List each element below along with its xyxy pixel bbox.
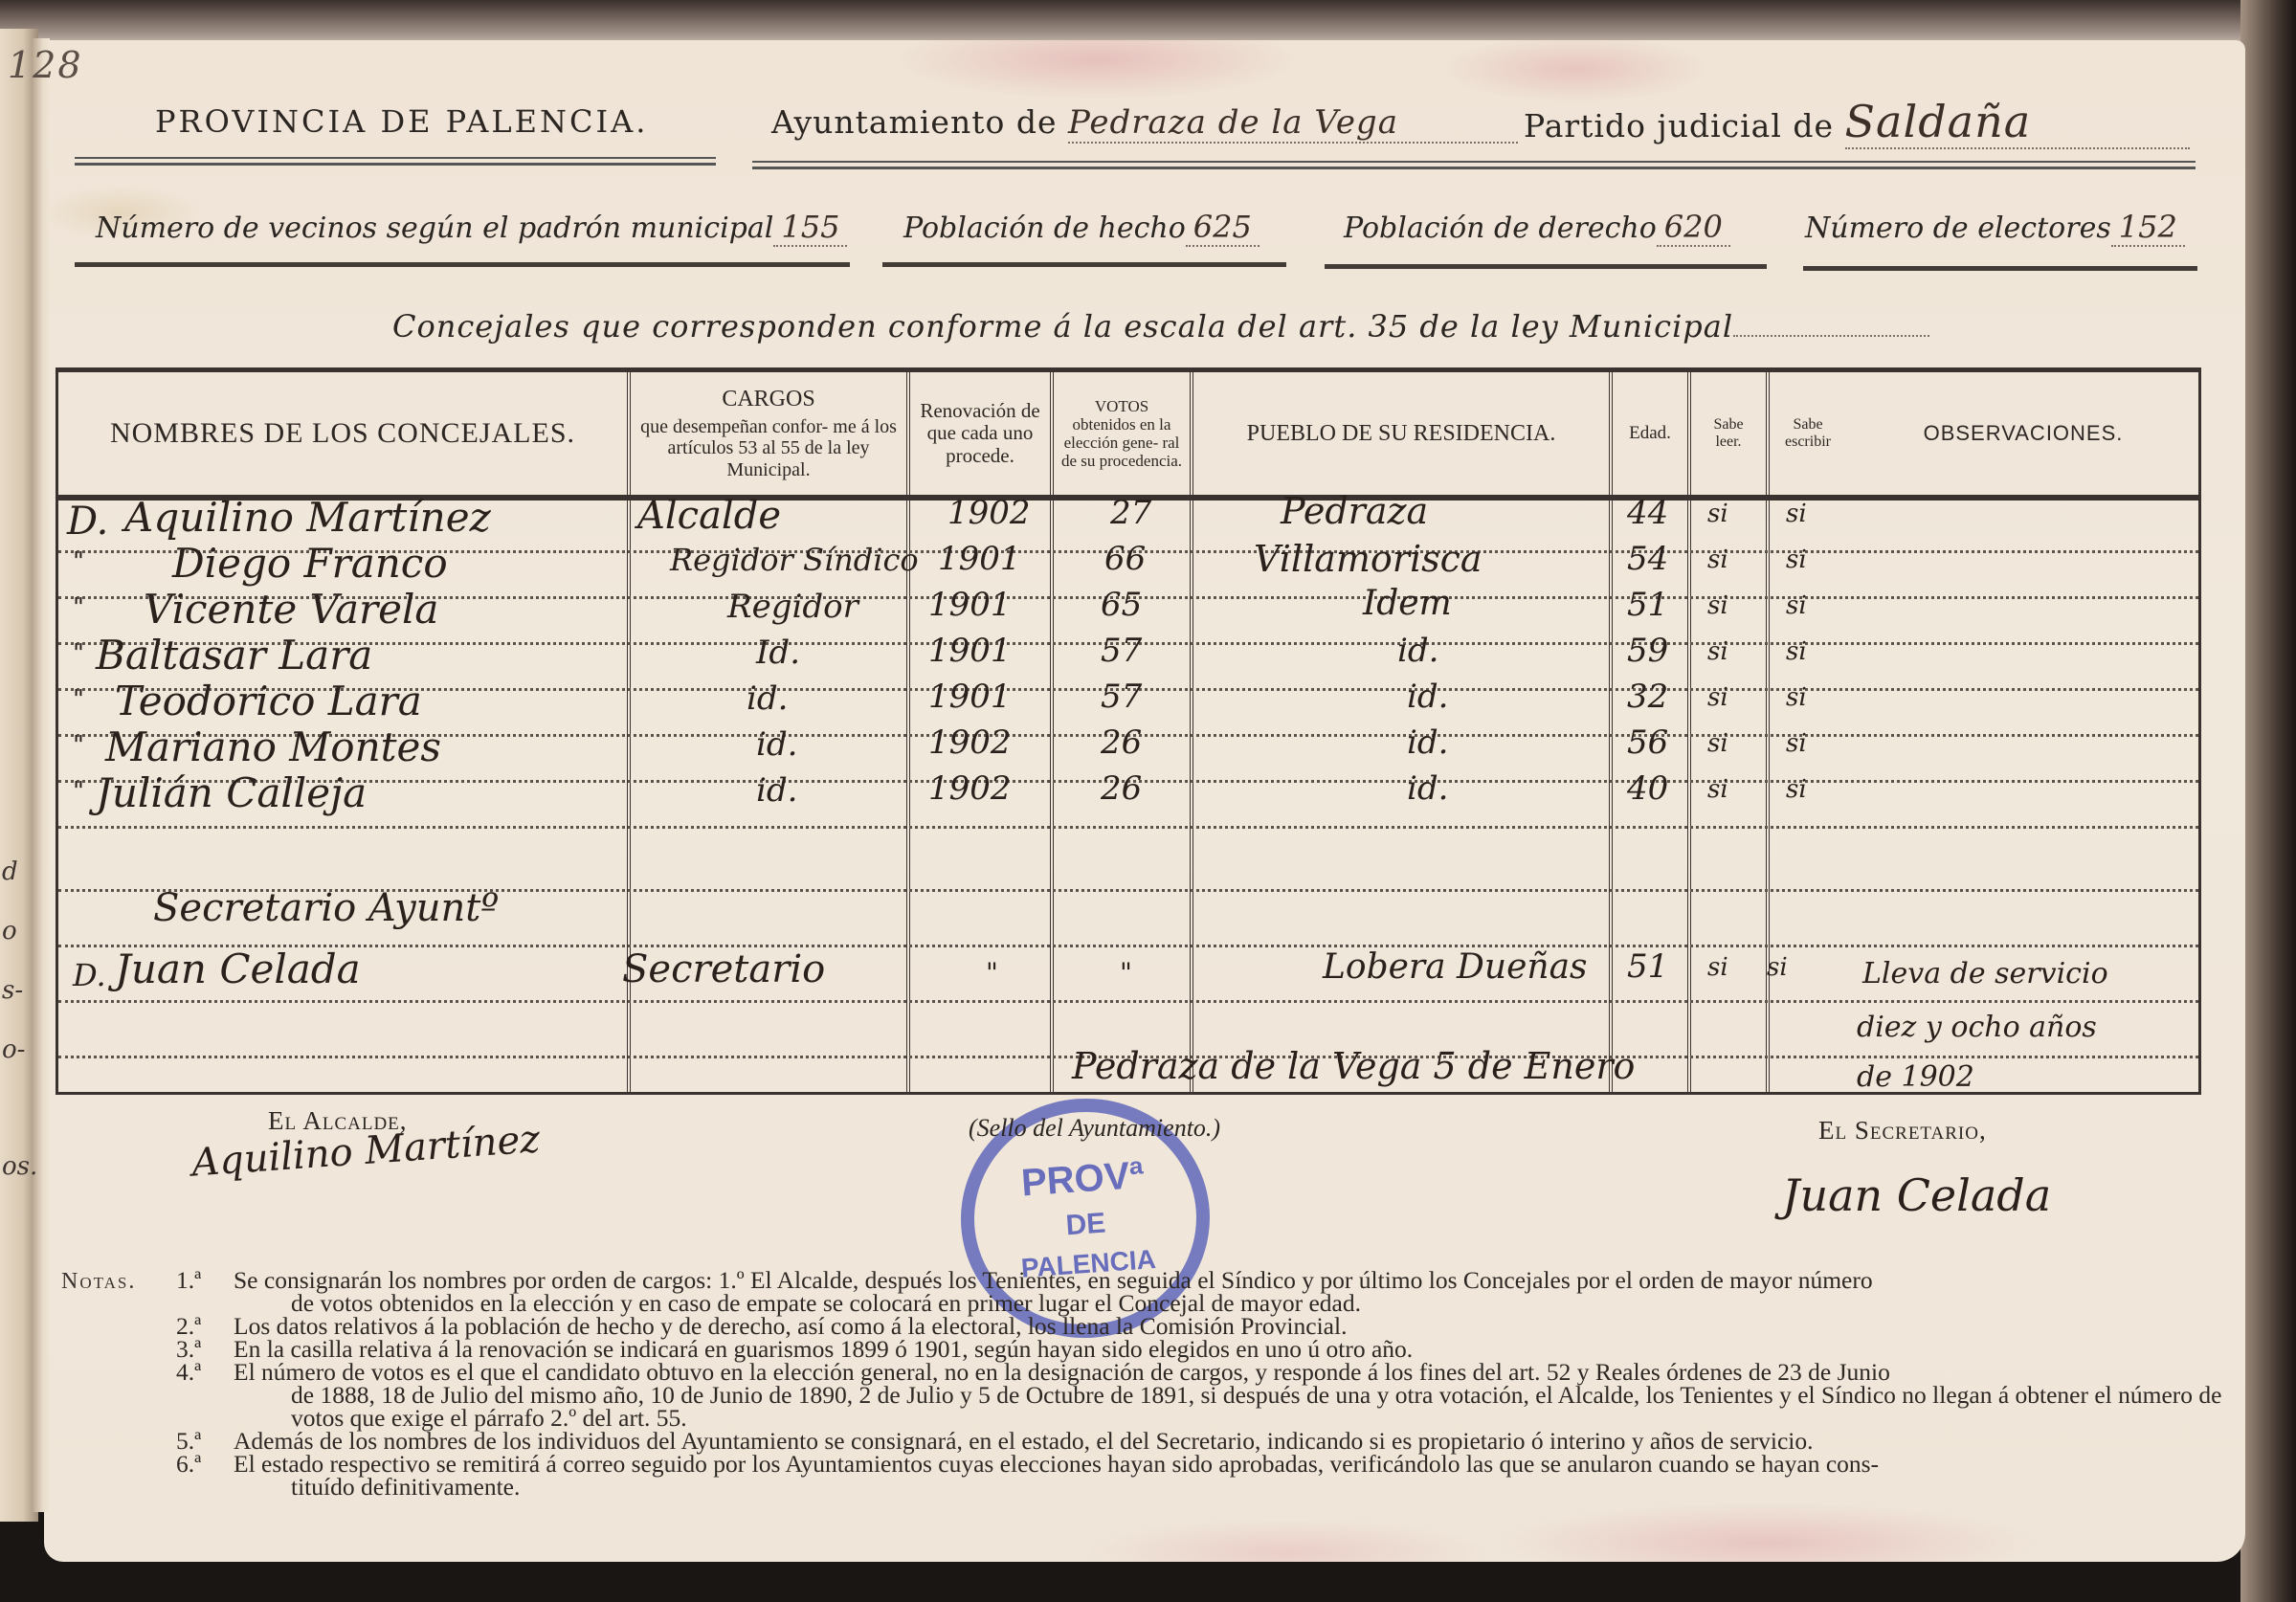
vecinos-field: Número de vecinos según el padrón munici… — [96, 209, 847, 247]
cell-renovacion: 1901 — [928, 678, 1012, 716]
header-renovacion: Renovación de que cada uno procede. — [910, 372, 1050, 495]
cell-nombre: Mariano Montes — [105, 723, 441, 770]
cell-prefix: " — [73, 777, 84, 806]
cell-edad: 51 — [1627, 947, 1668, 986]
cell-nombre: Vicente Varela — [144, 586, 438, 633]
cell-nombre: Aquilino Martínez — [124, 494, 491, 541]
ayuntamiento-value: Pedraza de la Vega — [1068, 103, 1518, 144]
note-continuation: tituído definitivamente. — [234, 1476, 2234, 1499]
cell-renovacion: 1902 — [928, 723, 1012, 762]
poblacion-hecho-field: Población de hecho625 — [903, 209, 1259, 247]
cell-edad: 54 — [1627, 540, 1668, 578]
electores-label: Número de electores — [1805, 211, 2111, 245]
header-edad: Edad. — [1613, 372, 1687, 495]
dotted-leader — [1733, 335, 1929, 337]
cell-sabe-escribir: si — [1786, 729, 1807, 758]
cell-votos: 65 — [1101, 586, 1142, 624]
cell-pueblo: Pedraza — [1281, 490, 1428, 532]
cell-sabe-leer: si — [1707, 729, 1728, 758]
cell-renovacion: " — [986, 957, 998, 989]
cell-pueblo: Idem — [1363, 584, 1452, 623]
votos-subtitle: obtenidos en la elección gene- ral de su… — [1059, 415, 1184, 470]
cell-nombre: Julián Calleja — [96, 769, 367, 816]
notas-label: Notas. — [61, 1269, 136, 1295]
margin-fragment: o — [2, 901, 31, 961]
stamp-line1: PROVª — [1020, 1153, 1146, 1205]
cell-sabe-escribir: si — [1786, 500, 1807, 528]
cell-sabe-escribir: si — [1786, 591, 1807, 620]
date-line: Pedraza de la Vega 5 de Enero — [1072, 1045, 1635, 1087]
margin-fragment: d — [2, 842, 31, 901]
province-title: PROVINCIA DE PALENCIA. — [155, 103, 648, 140]
book-top-edge — [0, 0, 2296, 46]
cell-cargo: id. — [756, 771, 797, 810]
cell-votos: " — [1120, 957, 1132, 989]
cell-pueblo: Villamorisca — [1254, 538, 1482, 580]
cell-sabe-leer: si — [1707, 591, 1728, 620]
partido-label: Partido judicial de — [1524, 107, 1834, 145]
cell-prefix: " — [73, 547, 84, 576]
cell-sabe-escribir: si — [1786, 637, 1807, 666]
margin-fragment: s- — [2, 961, 31, 1020]
cell-nombre: Juan Celada — [115, 946, 361, 992]
electores-value: 152 — [2111, 209, 2185, 247]
cell-sabe-leer: si — [1707, 683, 1728, 712]
note-number: 4.ª — [176, 1361, 234, 1430]
cell-votos: 57 — [1101, 678, 1142, 716]
votos-title: VOTOS — [1095, 397, 1148, 415]
row-rule — [58, 826, 2198, 829]
sello-label: (Sello del Ayuntamiento.) — [969, 1114, 1220, 1143]
cell-cargo: id. — [756, 725, 797, 764]
cell-prefix: D. — [67, 500, 108, 544]
cell-nombre: Teodorico Lara — [115, 678, 422, 724]
poblacion-derecho-field: Población de derecho620 — [1344, 209, 1730, 247]
header-votos: VOTOS obtenidos en la elección gene- ral… — [1054, 372, 1190, 495]
cell-sabe-escribir: si — [1786, 775, 1807, 804]
cell-edad: 51 — [1627, 586, 1668, 624]
cell-sabe-leer: si — [1707, 500, 1728, 528]
margin-fragment: os. — [2, 1137, 31, 1196]
concejales-title: Concejales que corresponden conforme á l… — [392, 308, 1929, 345]
cell-pueblo: id. — [1407, 723, 1448, 762]
cell-observaciones-line2: diez y ocho años — [1857, 1011, 2097, 1044]
header-nombres: NOMBRES DE LOS CONCEJALES. — [58, 372, 627, 495]
hecho-value: 625 — [1186, 209, 1259, 247]
cell-edad: 56 — [1627, 723, 1668, 762]
book-right-edge — [2240, 0, 2296, 1602]
secretario-signature: Juan Celada — [1782, 1169, 2051, 1221]
note-number: 1.ª — [176, 1269, 234, 1315]
secretario-label: El Secretario, — [1818, 1116, 1987, 1146]
cell-pueblo: Lobera Dueñas — [1323, 947, 1588, 987]
cell-cargo: Id. — [756, 634, 800, 672]
vecinos-value: 155 — [773, 209, 847, 247]
vecinos-label: Número de vecinos según el padrón munici… — [96, 211, 773, 245]
folio-number: 128 — [8, 44, 83, 86]
cell-sabe-escribir: si — [1767, 953, 1788, 982]
header-sabe-leer: Sabe leer. — [1691, 372, 1766, 495]
cell-pueblo: id. — [1407, 678, 1448, 716]
cell-edad: 32 — [1627, 678, 1668, 716]
cargos-title: CARGOS — [722, 387, 814, 412]
stats-rule-4 — [1803, 266, 2197, 271]
cell-cargo: Alcalde — [637, 494, 781, 538]
cell-cargo: Regidor — [727, 588, 858, 626]
stats-rule-2 — [882, 262, 1286, 267]
secretary-heading: Secretario Ayuntº — [153, 886, 499, 930]
cell-sabe-leer: si — [1707, 637, 1728, 666]
header-cargos: CARGOS que desempeñan confor- me á los a… — [631, 372, 906, 495]
cell-votos: 66 — [1104, 540, 1146, 578]
cell-nombre: Diego Franco — [172, 540, 448, 587]
left-page-margin-text: d o s- o- os. — [2, 842, 31, 1196]
stamp-line2: DE — [1064, 1207, 1106, 1242]
cell-sabe-leer: si — [1707, 545, 1728, 574]
hecho-label: Población de hecho — [903, 211, 1186, 245]
cell-votos: 26 — [1101, 723, 1142, 762]
note-item: 1.ª Se consignarán los nombres por orden… — [176, 1269, 2234, 1315]
cell-renovacion: 1901 — [928, 632, 1012, 670]
cell-prefix: D. — [73, 957, 106, 993]
row-rule — [58, 1000, 2198, 1003]
partido-judicial-field: Partido judicial de Saldaña — [1524, 96, 2190, 149]
cell-observaciones-line3: de 1902 — [1857, 1060, 1974, 1094]
note-item: 4.ª El número de votos es el que el cand… — [176, 1361, 2234, 1430]
electores-field: Número de electores152 — [1805, 209, 2185, 247]
cell-sabe-leer: si — [1707, 775, 1728, 804]
notes-list: 1.ª Se consignarán los nombres por orden… — [176, 1269, 2234, 1499]
stats-rule-3 — [1325, 264, 1767, 269]
derecho-label: Población de derecho — [1344, 211, 1657, 245]
cell-prefix: " — [73, 685, 84, 714]
partido-value: Saldaña — [1845, 96, 2190, 149]
cell-observaciones-line1: Lleva de servicio — [1862, 957, 2108, 990]
header-sabe-escribir: Sabe escribir — [1770, 372, 1846, 495]
stats-rule-1 — [75, 262, 850, 267]
note-item: 6.ª El estado respectivo se remitirá á c… — [176, 1453, 2234, 1499]
header-pueblo: PUEBLO DE SU RESIDENCIA. — [1193, 372, 1609, 495]
cell-cargo: id. — [747, 679, 788, 718]
cargos-subtitle: que desempeñan confor- me á los artículo… — [639, 416, 898, 480]
header-rule-left — [75, 157, 716, 166]
cell-edad: 44 — [1627, 494, 1668, 532]
cell-cargo: Secretario — [622, 947, 825, 991]
cell-votos: 57 — [1101, 632, 1142, 670]
concejales-title-text: Concejales que corresponden conforme á l… — [392, 308, 1733, 345]
header-observaciones: OBSERVACIONES. — [1846, 372, 2200, 495]
note-number: 6.ª — [176, 1453, 234, 1499]
cell-prefix: " — [73, 731, 84, 760]
cell-cargo: Regidor Síndico — [670, 542, 919, 578]
page-gutter — [33, 38, 50, 1512]
derecho-value: 620 — [1657, 209, 1730, 247]
cell-pueblo: id. — [1407, 769, 1448, 808]
ayuntamiento-label: Ayuntamiento de — [771, 103, 1057, 141]
cell-sabe-escribir: si — [1786, 545, 1807, 574]
cell-nombre: Baltasar Lara — [96, 632, 372, 679]
cell-sabe-escribir: si — [1786, 683, 1807, 712]
margin-fragment: o- — [2, 1020, 31, 1079]
cell-renovacion: 1901 — [928, 586, 1012, 624]
cell-renovacion: 1902 — [947, 494, 1031, 532]
cell-sabe-leer: si — [1707, 953, 1728, 982]
cell-prefix: " — [73, 639, 84, 668]
cell-prefix: " — [73, 593, 84, 622]
ayuntamiento-field: Ayuntamiento de Pedraza de la Vega — [771, 103, 1518, 144]
header-rule-right — [752, 161, 2196, 169]
cell-renovacion: 1902 — [928, 769, 1012, 808]
cell-votos: 27 — [1110, 494, 1151, 532]
cell-edad: 40 — [1627, 769, 1668, 808]
cell-votos: 26 — [1101, 769, 1142, 808]
cell-edad: 59 — [1627, 632, 1668, 670]
cell-renovacion: 1901 — [938, 540, 1021, 578]
province-label: PROVINCIA DE PALENCIA. — [155, 103, 648, 140]
note-continuation: de 1888, 18 de Julio del mismo año, 10 d… — [234, 1384, 2234, 1430]
row-rule — [58, 945, 2198, 947]
cell-pueblo: id. — [1397, 632, 1438, 670]
